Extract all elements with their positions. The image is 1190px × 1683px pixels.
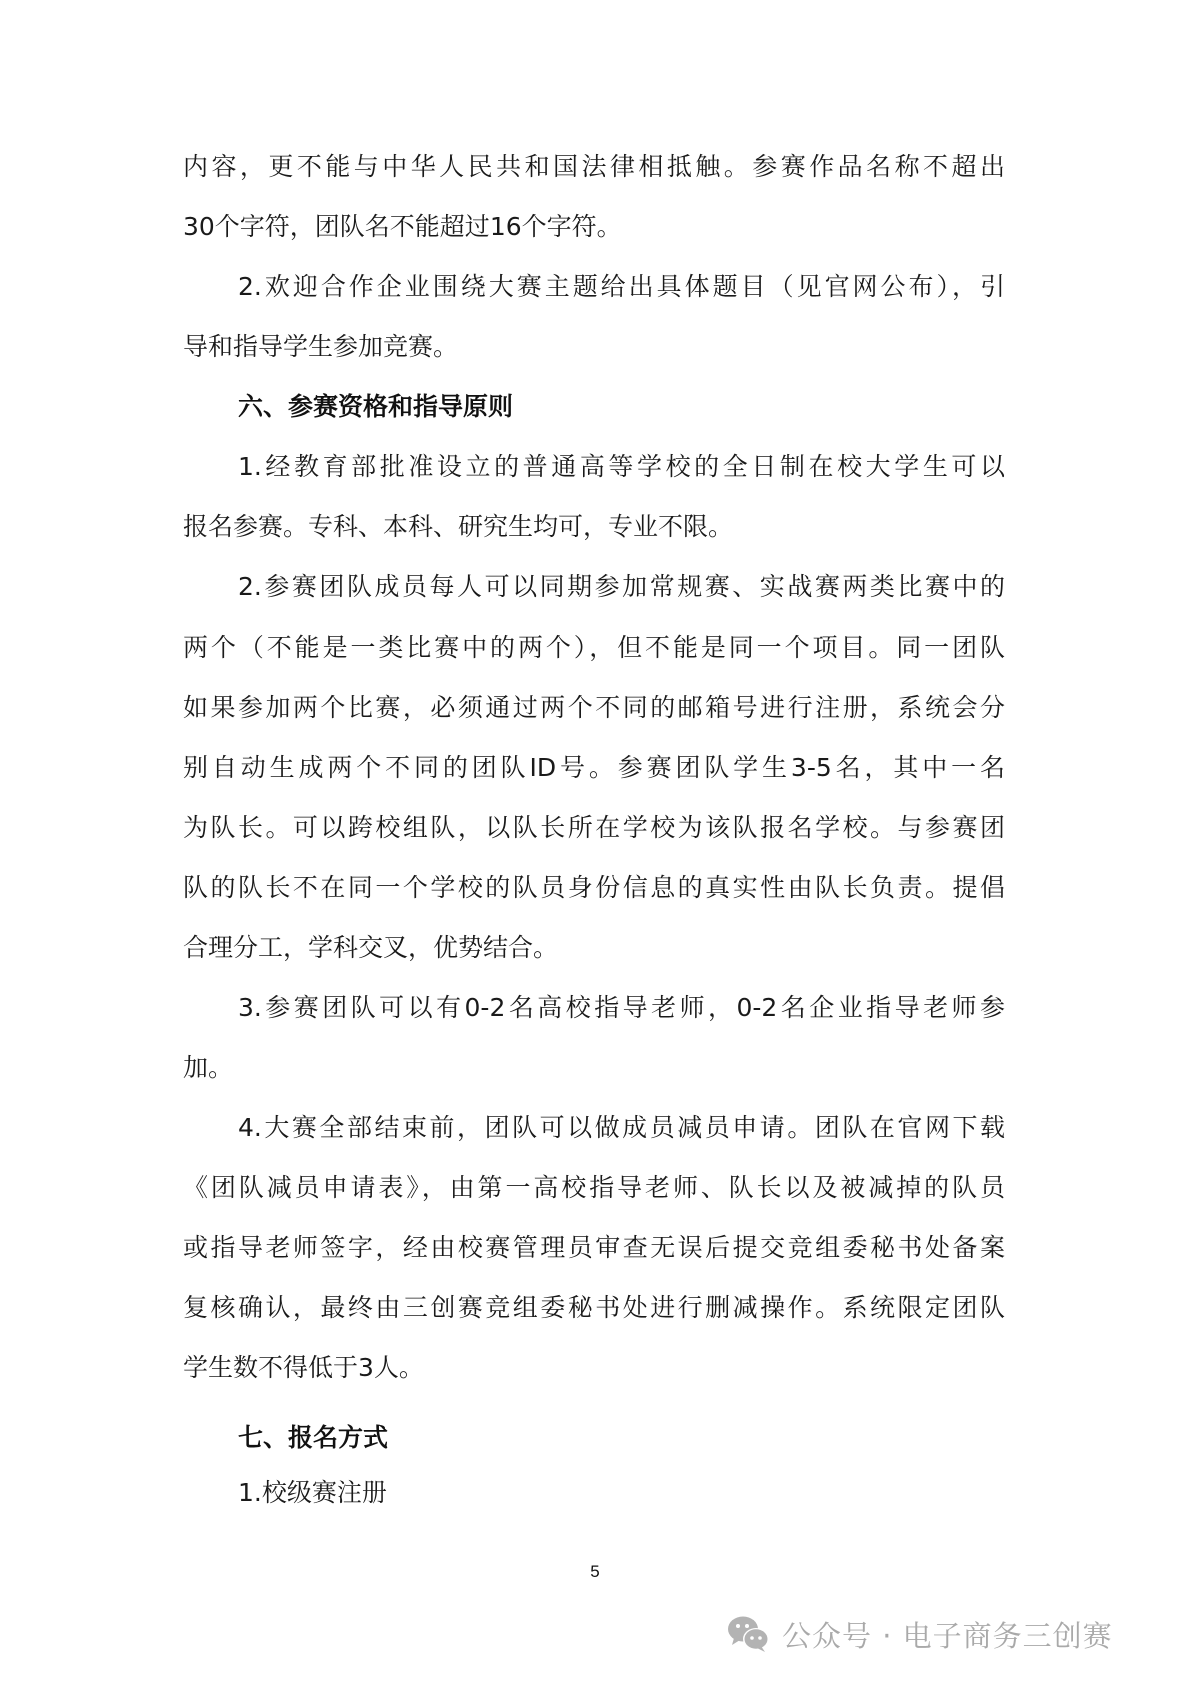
- text-line: 队的队长不在同一个学校的队员身份信息的真实性由队长负责。提倡: [183, 868, 1005, 908]
- text-line: 30个字符，团队名不能超过16个字符。: [183, 207, 1005, 247]
- text-line: 导和指导学生参加竞赛。: [183, 327, 1005, 367]
- text-line: 《团队减员申请表》，由第一高校指导老师、队长以及被减掉的队员: [183, 1168, 1005, 1208]
- text-line: 学生数不得低于3人。: [183, 1348, 1005, 1388]
- text-line: 4.大赛全部结束前，团队可以做成员减员申请。团队在官网下载: [238, 1108, 1005, 1148]
- text-line: 别自动生成两个不同的团队ID号。参赛团队学生3-5名，其中一名: [183, 748, 1005, 788]
- text-line: 2.参赛团队成员每人可以同期参加常规赛、实战赛两类比赛中的: [238, 567, 1005, 607]
- text-line: 如果参加两个比赛，必须通过两个不同的邮箱号进行注册，系统会分: [183, 688, 1005, 728]
- section-heading-eligibility: 六、参赛资格和指导原则: [238, 387, 513, 427]
- text-line: 为队长。可以跨校组队，以队长所在学校为该队报名学校。与参赛团: [183, 808, 1005, 848]
- watermark: 公众号 · 电子商务三创赛: [726, 1612, 1113, 1656]
- text-line: 加。: [183, 1048, 1005, 1088]
- text-line: 报名参赛。专科、本科、研究生均可，专业不限。: [183, 507, 1005, 547]
- watermark-text: 公众号 · 电子商务三创赛: [782, 1614, 1113, 1655]
- section-heading-registration: 七、报名方式: [238, 1418, 388, 1458]
- text-line: 内容，更不能与中华人民共和国法律相抵触。参赛作品名称不超出: [183, 147, 1005, 187]
- text-line: 1.经教育部批准设立的普通高等学校的全日制在校大学生可以: [238, 447, 1005, 487]
- text-line: 2.欢迎合作企业围绕大赛主题给出具体题目（见官网公布），引: [238, 267, 1005, 307]
- text-line: 1.校级赛注册: [238, 1473, 1005, 1513]
- wechat-icon: [726, 1614, 772, 1654]
- page-number: 5: [585, 1562, 605, 1582]
- document-page: 内容，更不能与中华人民共和国法律相抵触。参赛作品名称不超出 30个字符，团队名不…: [0, 0, 1190, 1683]
- text-line: 或指导老师签字，经由校赛管理员审查无误后提交竞组委秘书处备案: [183, 1228, 1005, 1268]
- text-line: 复核确认，最终由三创赛竞组委秘书处进行删减操作。系统限定团队: [183, 1288, 1005, 1328]
- text-line: 合理分工，学科交叉，优势结合。: [183, 928, 1005, 968]
- text-line: 两个（不能是一类比赛中的两个），但不能是同一个项目。同一团队: [183, 628, 1005, 668]
- text-line: 3.参赛团队可以有0-2名高校指导老师，0-2名企业指导老师参: [238, 988, 1005, 1028]
